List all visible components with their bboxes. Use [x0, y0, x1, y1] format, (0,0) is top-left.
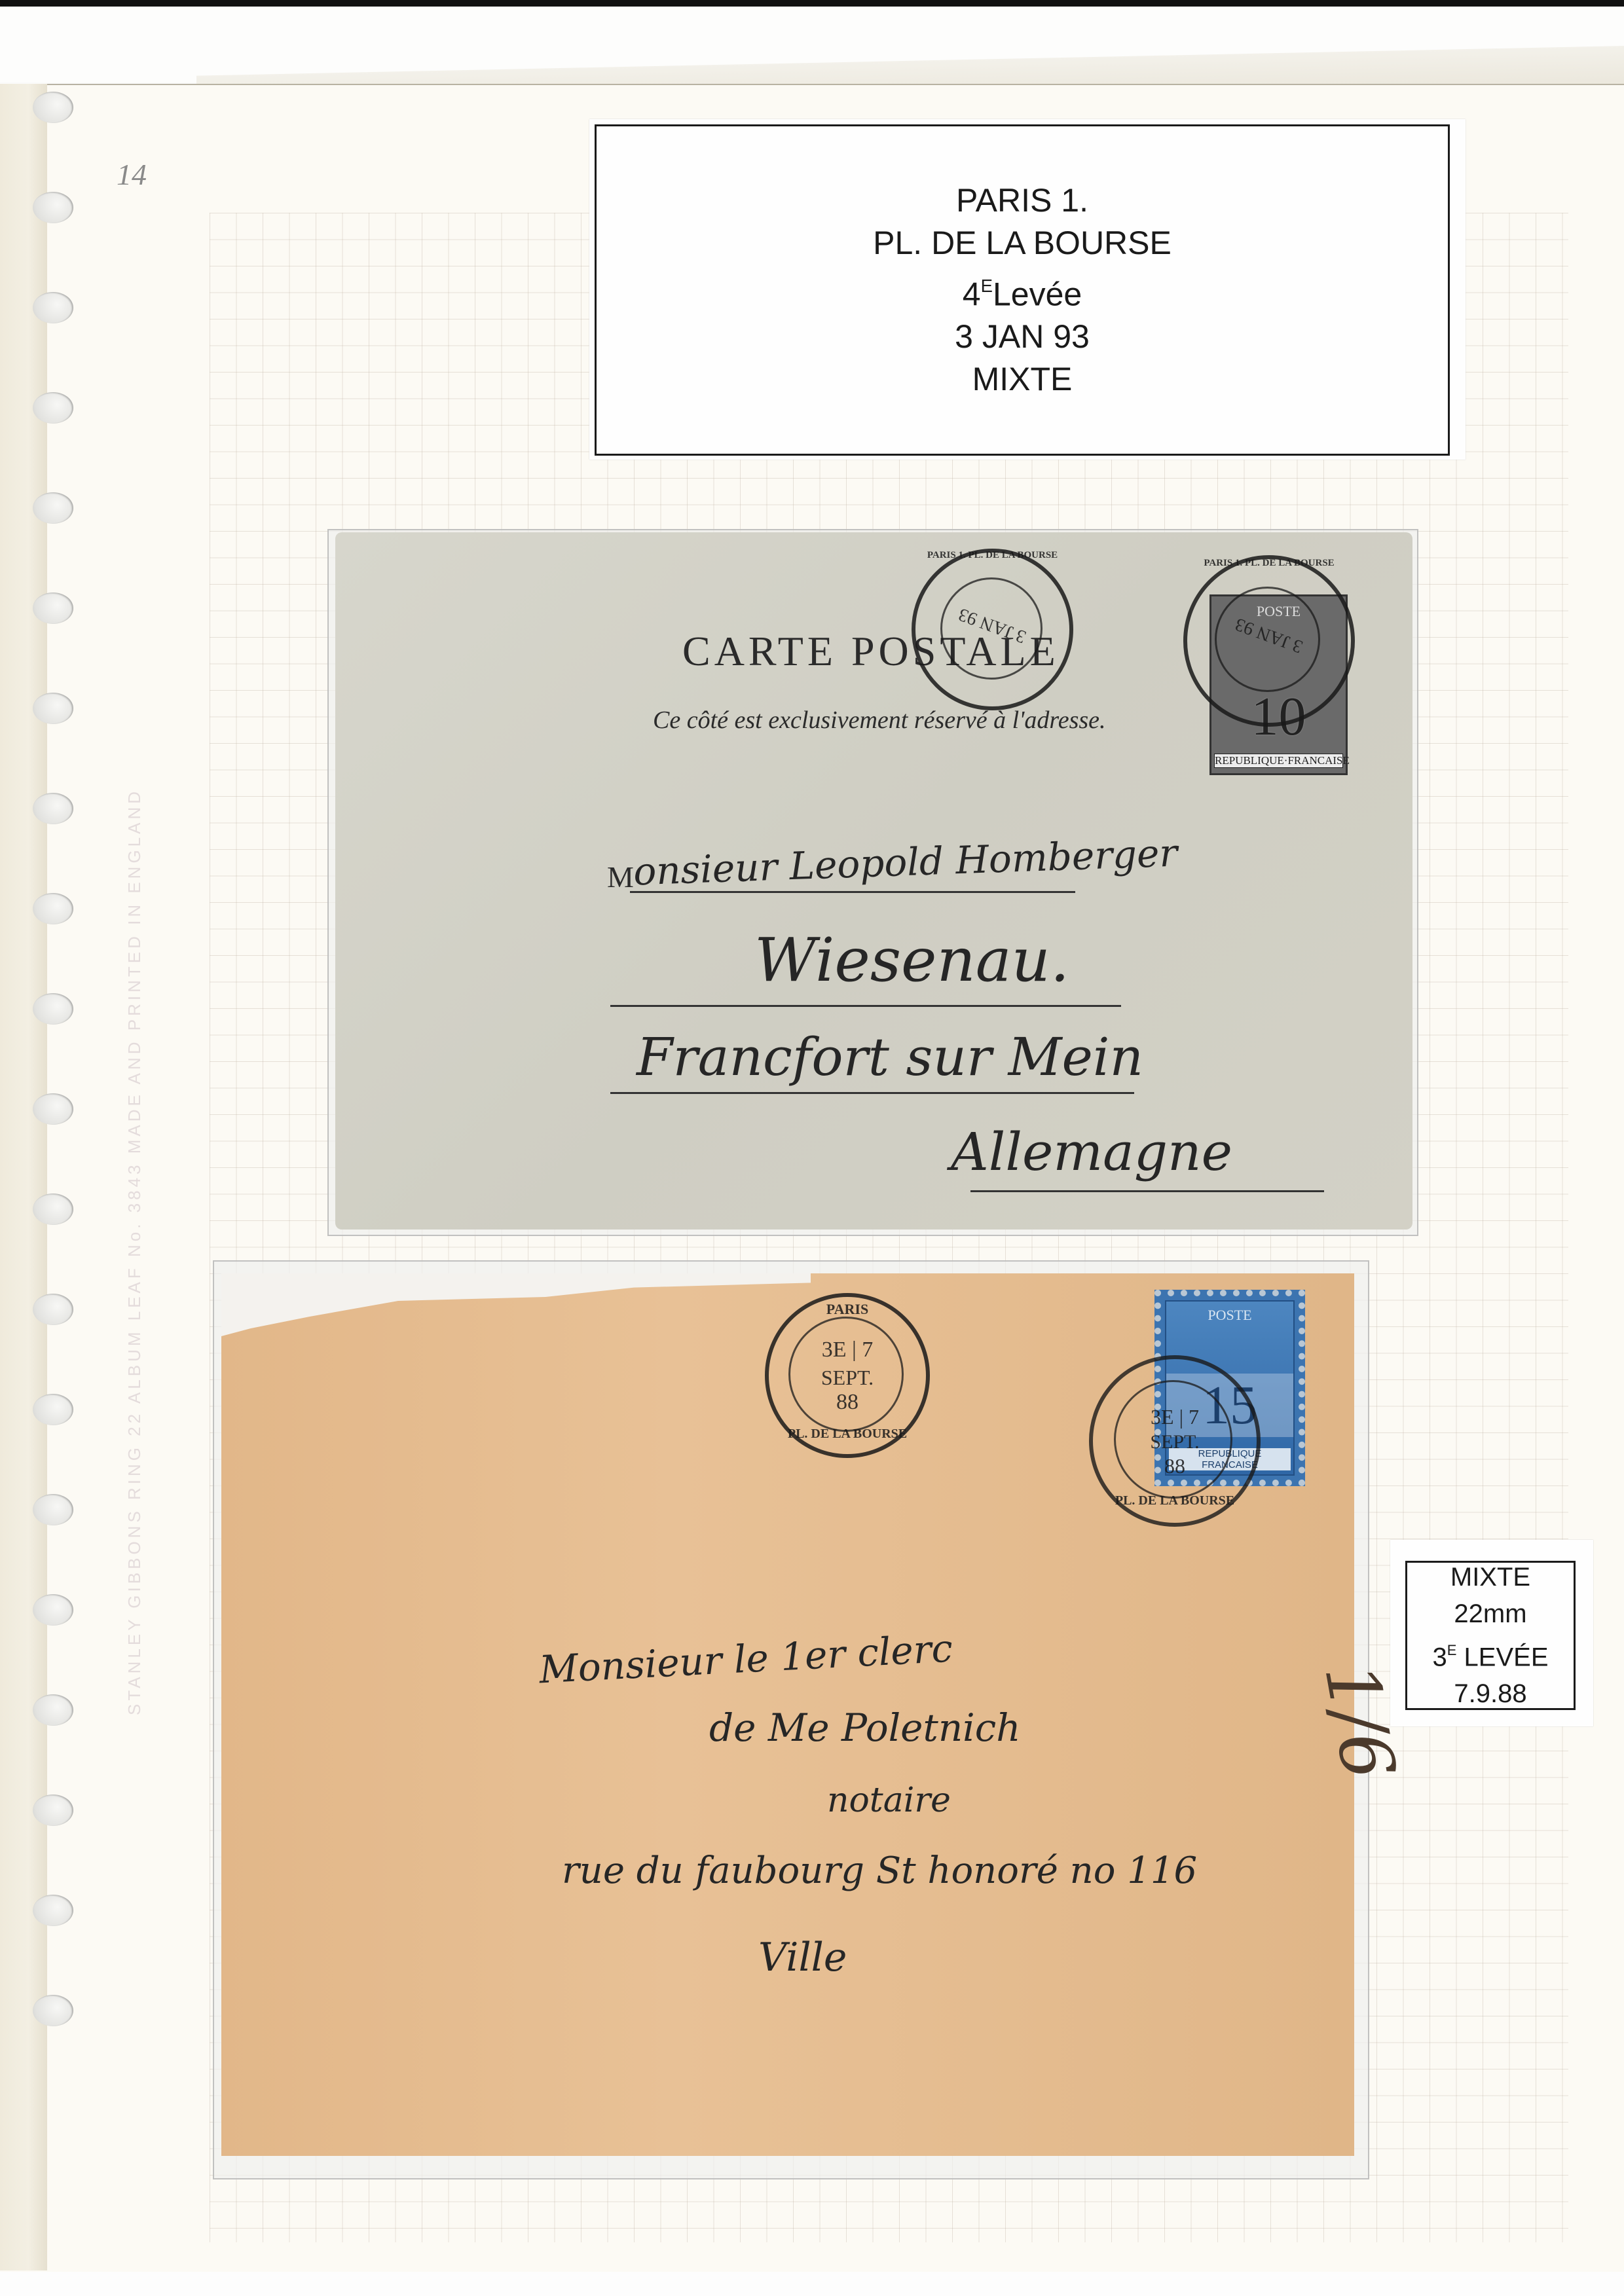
envelope: PARIS 3E | 7 SEPT. 88 PL. DE LA BOURSE P…	[221, 1273, 1354, 2156]
label-office: PARIS 1.	[956, 179, 1088, 222]
ring-hole	[33, 92, 73, 123]
ring-hole	[33, 793, 73, 824]
env-address-line-5: Ville	[758, 1935, 847, 1980]
postmark-left: PARIS 1. PL. DE LA BOURSE 3 JAN 93	[912, 549, 1073, 710]
ring-hole	[33, 392, 73, 424]
env-address-line-4: rue du faubourg St honoré no 116	[562, 1850, 1197, 1892]
postmark-year: 88	[769, 1390, 926, 1415]
label-place: PL. DE LA BOURSE	[873, 222, 1172, 264]
side-label-size: 22mm	[1454, 1595, 1526, 1632]
env-address-line-2: de Me Poletnich	[709, 1705, 1021, 1750]
levee-text: LEVÉE	[1456, 1643, 1548, 1671]
bottom-background	[0, 2272, 1624, 2296]
header-label: PARIS 1. PL. DE LA BOURSE 4ELevée 3 JAN …	[595, 124, 1450, 456]
levee-number: 4	[963, 276, 981, 312]
page-number: 14	[117, 157, 147, 192]
envelope-torn-edge	[221, 1273, 811, 1352]
ring-hole	[33, 1995, 73, 2026]
address-rule-4	[970, 1190, 1324, 1192]
postmark-bottom: PL. DE LA BOURSE	[769, 1427, 926, 1442]
postmark-right: PARIS 1. PL. DE LA BOURSE 3 JAN 93	[1183, 555, 1355, 727]
address-rule-3	[610, 1092, 1134, 1094]
postmark-day: 7	[1189, 1405, 1199, 1429]
side-label-date: 7.9.88	[1454, 1675, 1526, 1712]
scanner-edge	[0, 0, 1624, 7]
address-line-1: onsieur Leopold Homberger	[633, 831, 1178, 894]
postmark-day: 7	[862, 1338, 873, 1362]
address-line-4: Allemagne	[951, 1121, 1232, 1182]
postcard: CARTE POSTALE Ce côté est exclusivement …	[335, 532, 1412, 1230]
postmark-ring-text: PARIS 1. PL. DE LA BOURSE	[915, 550, 1069, 561]
ring-hole	[33, 192, 73, 223]
postmark-top: PARIS	[769, 1301, 926, 1318]
postcard-subtitle: Ce côté est exclusivement réservé à l'ad…	[653, 706, 1106, 735]
levee-sup: E	[981, 276, 993, 296]
postmark-levee: 3E	[1151, 1405, 1174, 1429]
address-rule-1	[630, 891, 1075, 893]
ring-hole	[33, 993, 73, 1025]
address-line-3: Francfort sur Mein	[637, 1027, 1143, 1087]
ring-hole	[33, 893, 73, 924]
ring-hole	[33, 1093, 73, 1125]
ring-hole	[33, 492, 73, 524]
envelope-postmark-right: 3E | 7 SEPT. 88 PL. DE LA BOURSE	[1089, 1355, 1261, 1527]
label-type: MIXTE	[972, 358, 1073, 401]
ring-hole	[33, 693, 73, 724]
env-address-line-1: Monsieur le 1er clerc	[538, 1626, 954, 1692]
address-prefix: M	[607, 860, 634, 894]
leaf-imprint: STANLEY GIBBONS RING 22 ALBUM LEAF No. 3…	[124, 788, 145, 1715]
postmark-bottom: PL. DE LA BOURSE	[1093, 1493, 1257, 1508]
postmark-levee-day: 3E | 7	[1093, 1405, 1257, 1429]
ring-hole	[33, 592, 73, 624]
ring-hole	[33, 1294, 73, 1325]
postmark-levee: 3E	[822, 1338, 847, 1362]
levee-text: Levée	[993, 276, 1082, 312]
postmark-levee-day: 3E | 7	[769, 1338, 926, 1362]
postmark-year: 88	[1093, 1454, 1257, 1478]
postmark-month: SEPT.	[1093, 1431, 1257, 1453]
ring-hole	[33, 1795, 73, 1826]
ring-hole	[33, 1694, 73, 1726]
ring-hole	[33, 292, 73, 323]
side-label: MIXTE 22mm 3E LEVÉE 7.9.88	[1405, 1561, 1576, 1710]
label-date: 3 JAN 93	[955, 316, 1090, 358]
ring-hole	[33, 1394, 73, 1425]
label-levee: 4ELevée	[963, 264, 1082, 316]
ring-hole	[33, 1194, 73, 1225]
side-label-levee: 3E LEVÉE	[1432, 1632, 1548, 1676]
ring-hole	[33, 1895, 73, 1926]
indicia-country: REPUBLIQUE·FRANCAISE	[1214, 754, 1343, 768]
ring-hole	[33, 1494, 73, 1525]
env-address-line-3: notaire	[827, 1781, 951, 1820]
address-line-2: Wiesenau.	[754, 925, 1069, 995]
levee-number: 3	[1432, 1643, 1447, 1671]
levee-sup: E	[1447, 1642, 1457, 1658]
postmark-ring-text: PARIS 1. PL. DE LA BOURSE	[1187, 558, 1351, 569]
envelope-postmark-left: PARIS 3E | 7 SEPT. 88 PL. DE LA BOURSE	[765, 1293, 930, 1458]
stamp-poste: POSTE	[1166, 1307, 1293, 1324]
side-label-type: MIXTE	[1450, 1559, 1530, 1595]
postmark-month: SEPT.	[769, 1366, 926, 1390]
address-rule-2	[610, 1005, 1121, 1007]
ring-hole	[33, 1594, 73, 1626]
